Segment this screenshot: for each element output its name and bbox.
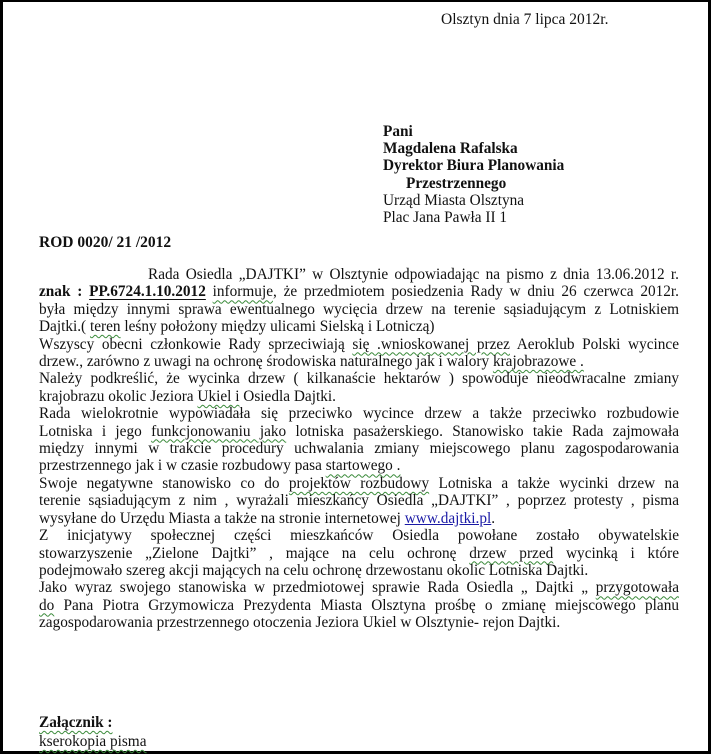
spellcheck-word: do (39, 597, 54, 614)
paragraph-7: Jako wyraz swojego stanowiska w przedmio… (39, 579, 679, 631)
text-fragment: drzew., zarówno z uwagi na ochronę środo… (39, 353, 493, 370)
text-fragment: Wszyscy obecni członkowie Rady sprzeciwi… (39, 336, 352, 353)
paragraph-6: Z inicjatywy społecznej części mieszkańc… (39, 527, 679, 579)
recipient-office: Urząd Miasta Olsztyna (383, 192, 564, 209)
place-date: Olsztyn dnia 7 lipca 2012r. (441, 11, 608, 28)
text-line: podejmowało szereg akcji mających na cel… (39, 562, 679, 579)
text-line: Z inicjatywy społecznej części mieszkańc… (39, 527, 679, 544)
text-line: Dajtki.( teren leśny położony między uli… (39, 318, 679, 335)
spellcheck-word: się .wnioskowanej przez (352, 336, 510, 353)
text-fragment: Dajtki.( (39, 318, 90, 335)
text-fragment: Lotniska a także wycinki drzew na (429, 475, 679, 492)
text-fragment: lotniska pasażerskiego. Stanowisko takie… (286, 423, 679, 440)
text-fragment: leśny położony między ulicami Sielską i … (121, 318, 435, 335)
attachment-title: Załącznik : (39, 713, 146, 732)
text-line: do Pana Piotra Grzymowicza Prezydenta Mi… (39, 597, 679, 614)
text-line: znak : PP.6724.1.10.2012 informuje, że p… (39, 283, 679, 300)
attachment-block: Załącznik : kserokopia pisma (39, 713, 146, 751)
paragraph-4: Rada wielokrotnie wypowiadała się przeci… (39, 405, 679, 475)
text-fragment: stowarzyszenie „Zielone Dajtki” , mające… (39, 545, 469, 562)
text-fragment: wycinką i które (553, 545, 679, 562)
attachment-item-text: kserokopia pisma (39, 733, 146, 750)
sign-number: PP.6724.1.10.2012 (89, 283, 206, 300)
text-fragment: . (491, 510, 495, 527)
website-link[interactable]: www.dajtki.pl (405, 510, 492, 527)
paragraph-1: Rada Osiedla „DAJTKI” w Olsztynie odpowi… (39, 266, 679, 336)
paragraph-5: Swoje negatywne stanowisko co do projekt… (39, 475, 679, 527)
text-line: Rada Osiedla „DAJTKI” w Olsztynie odpowi… (39, 266, 679, 283)
text-line: Lotniska i jego funkcjonowaniu jako lotn… (39, 423, 679, 440)
text-fragment: wysyłane do Urzędu Miasta a także na str… (39, 510, 405, 527)
text-fragment: Pana Piotra Grzymowicza Prezydenta Miast… (54, 597, 679, 614)
recipient-block: Pani Magdalena Rafalska Dyrektor Biura P… (383, 123, 564, 226)
paragraph-3: Należy podkreślić, że wycinka drzew ( ki… (39, 370, 679, 405)
attachment-item: kserokopia pisma (39, 732, 146, 751)
spellcheck-word: drzew przed (469, 545, 553, 562)
recipient-salutation: Pani (383, 123, 564, 140)
text-fragment: Lotniska i jego (39, 423, 151, 440)
recipient-address: Plac Jana Pawła II 1 (383, 209, 564, 226)
letter-page: Olsztyn dnia 7 lipca 2012r. Pani Magdale… (0, 0, 711, 754)
text-fragment: Swoje negatywne stanowisko co do (39, 475, 289, 492)
reference-number: ROD 0020/ 21 /2012 (39, 234, 171, 251)
text-fragment: przestrzennego jak i w czasie rozbudowy … (39, 457, 326, 474)
letter-body: Rada Osiedla „DAJTKI” w Olsztynie odpowi… (39, 266, 679, 632)
text-line: terenie sąsiadującym z nim , wyrażali mi… (39, 492, 679, 509)
text-line: Wszyscy obecni członkowie Rady sprzeciwi… (39, 336, 679, 353)
text-line: zagospodarowania przestrzennego otoczeni… (39, 614, 679, 631)
spellcheck-word: przygotowała (596, 579, 679, 596)
text-line: przestrzennego jak i w czasie rozbudowy … (39, 457, 679, 474)
spellcheck-word: funkcjonowaniu jako (151, 423, 286, 440)
text-line: Swoje negatywne stanowisko co do projekt… (39, 475, 679, 492)
spellcheck-word: startowego . (326, 457, 401, 474)
text-line: Jako wyraz swojego stanowiska w przedmio… (39, 579, 679, 596)
spellcheck-word: teren (90, 318, 121, 335)
spacer-text (206, 283, 213, 300)
sign-label: znak : (39, 283, 89, 300)
text-line: stowarzyszenie „Zielone Dajtki” , mające… (39, 545, 679, 562)
spellcheck-word: informuje (213, 283, 273, 300)
recipient-name: Magdalena Rafalska (383, 140, 564, 157)
text-line: drzew., zarówno z uwagi na ochronę środo… (39, 353, 679, 370)
recipient-position: Dyrektor Biura Planowania (383, 157, 564, 174)
spellcheck-word: projektów rozbudowy (289, 475, 429, 492)
text-fragment: , że przedmiotem posiedzenia Rady w dniu… (273, 283, 679, 300)
paragraph-2: Wszyscy obecni członkowie Rady sprzeciwi… (39, 336, 679, 371)
spellcheck-word: Ukiel i (197, 388, 239, 405)
text-fragment: krajobrazu okolic Jeziora (39, 388, 197, 405)
text-fragment: Jako wyraz swojego stanowiska w przedmio… (39, 579, 596, 596)
text-line: między innymi w trakcie procedury uchwal… (39, 440, 679, 457)
spellcheck-word: krajobrazowe . (493, 353, 584, 370)
text-line: krajobrazu okolic Jeziora Ukiel i Osiedl… (39, 388, 679, 405)
text-line: wysyłane do Urzędu Miasta a także na str… (39, 510, 679, 527)
text-line: Rada wielokrotnie wypowiadała się przeci… (39, 405, 679, 422)
text-fragment: Aeroklub Polski wycince (510, 336, 679, 353)
text-line: była między innymi sprawa ewentualnego w… (39, 301, 679, 318)
text-line: Należy podkreślić, że wycinka drzew ( ki… (39, 370, 679, 387)
text-fragment: Osiedla Dajtki. (239, 388, 335, 405)
recipient-position-cont: Przestrzennego (383, 175, 564, 192)
